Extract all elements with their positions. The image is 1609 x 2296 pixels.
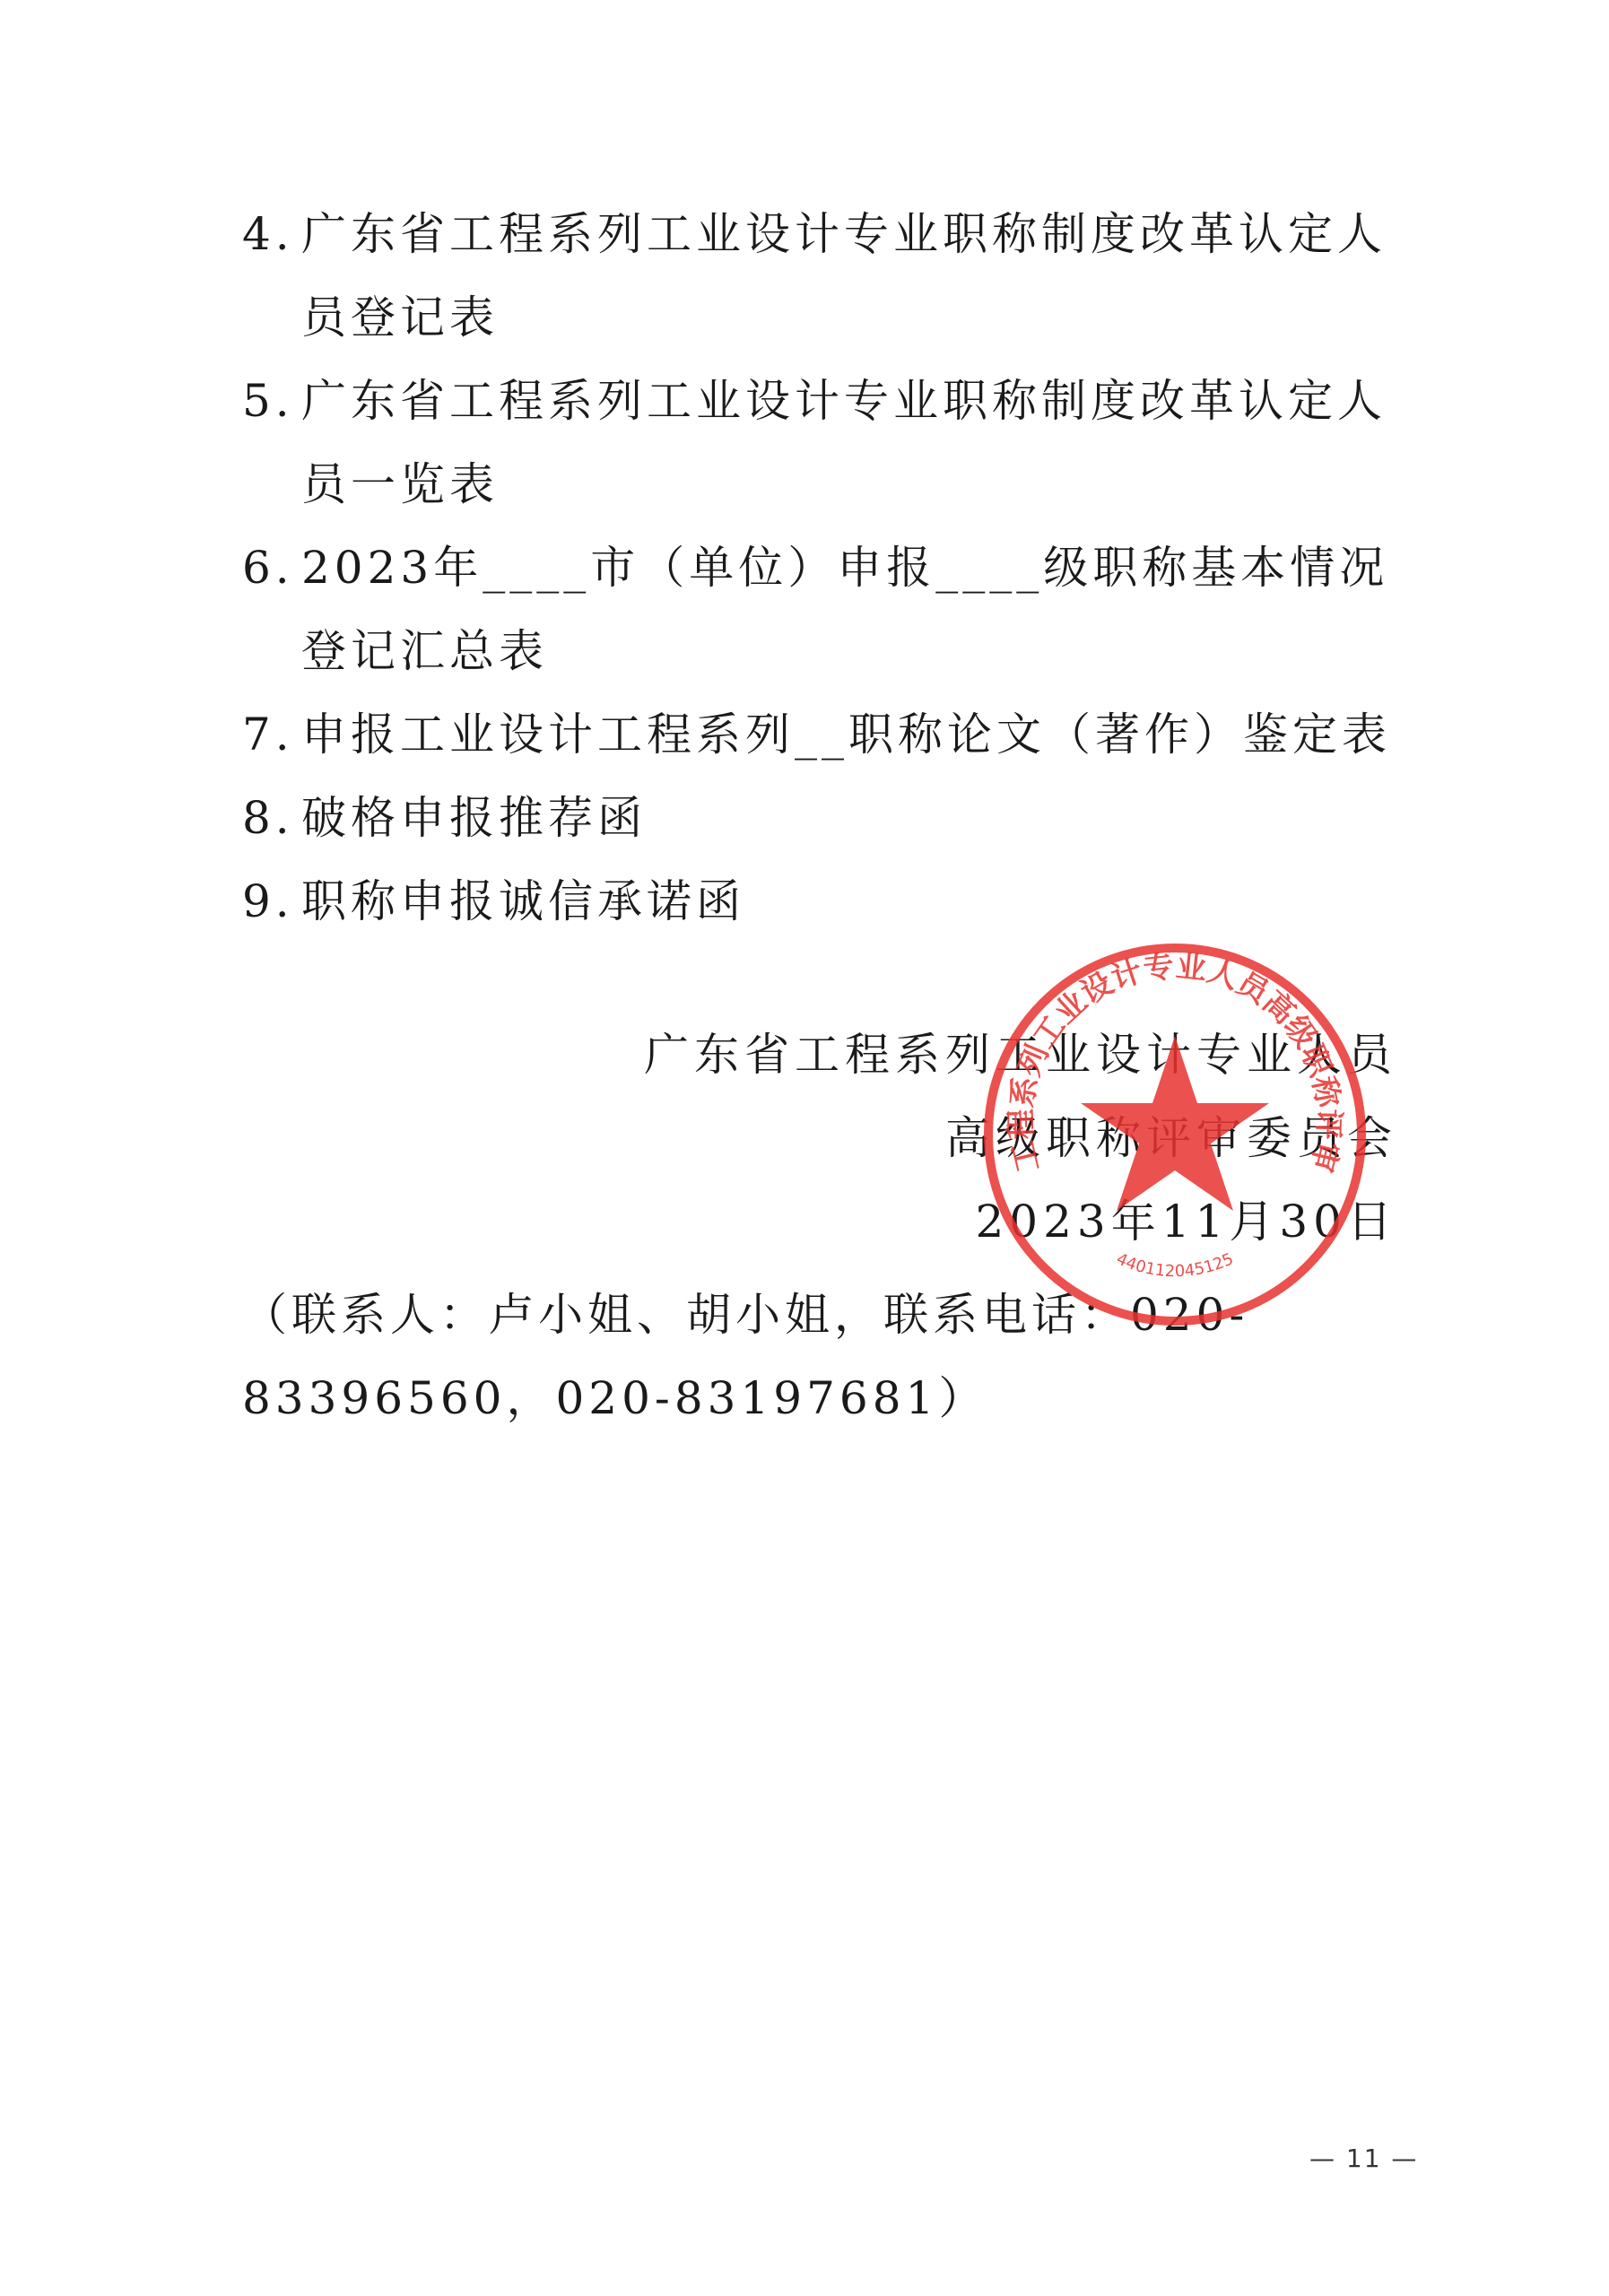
item-number: 9. (242, 860, 301, 944)
item-number: 7. (242, 693, 301, 777)
attachment-item-8: 8. 破格申报推荐函 (242, 777, 1399, 860)
attachment-item-7: 7. 申报工业设计工程系列__职称论文（著作）鉴定表 (242, 693, 1399, 777)
attachment-item-5: 5. 广东省工程系列工业设计专业职称制度改革认定人员一览表 (242, 360, 1399, 526)
item-text: 广东省工程系列工业设计专业职称制度改革认定人员登记表 (301, 193, 1399, 360)
contact-info: （联系人：卢小姐、胡小姐，联系电话：020-83396560，020-83197… (242, 1274, 1399, 1440)
item-text: 广东省工程系列工业设计专业职称制度改革认定人员一览表 (301, 360, 1399, 526)
item-number: 6. (242, 526, 301, 610)
page-number: — 11 — (1309, 2144, 1418, 2173)
document-page: 4. 广东省工程系列工业设计专业职称制度改革认定人员登记表 5. 广东省工程系列… (0, 0, 1609, 2296)
item-text: 职称申报诚信承诺函 (301, 860, 1399, 944)
item-number: 4. (242, 193, 301, 276)
issue-date: 2023年11月30日 (644, 1180, 1397, 1264)
attachment-item-9: 9. 职称申报诚信承诺函 (242, 860, 1399, 944)
item-text: 2023年____市（单位）申报____级职称基本情况登记汇总表 (301, 526, 1399, 693)
item-number: 5. (242, 360, 301, 443)
issuer-line-1: 广东省工程系列工业设计专业人员 (644, 1013, 1397, 1097)
item-text: 申报工业设计工程系列__职称论文（著作）鉴定表 (301, 693, 1399, 777)
item-number: 8. (242, 777, 301, 860)
signature-block: 广东省工程系列工业设计专业人员 高级职称评审委员会 2023年11月30日 (644, 1013, 1397, 1264)
attachment-item-6: 6. 2023年____市（单位）申报____级职称基本情况登记汇总表 (242, 526, 1399, 693)
attachment-item-4: 4. 广东省工程系列工业设计专业职称制度改革认定人员登记表 (242, 193, 1399, 360)
attachment-list: 4. 广东省工程系列工业设计专业职称制度改革认定人员登记表 5. 广东省工程系列… (242, 193, 1399, 944)
issuer-line-2: 高级职称评审委员会 (644, 1097, 1397, 1180)
item-text: 破格申报推荐函 (301, 777, 1399, 860)
